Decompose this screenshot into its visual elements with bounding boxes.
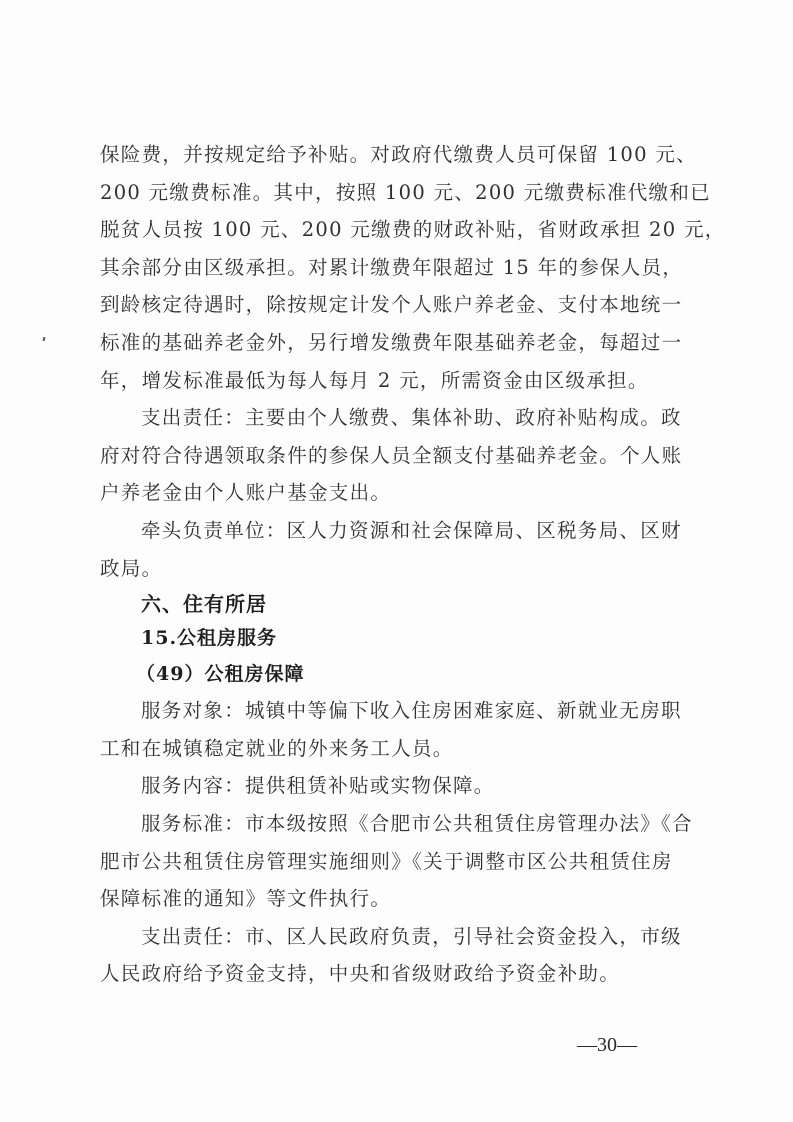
text-line: 服务对象：城镇中等偏下收入住房困难家庭、新就业无房职 bbox=[100, 692, 690, 730]
text-line: 政局。 bbox=[100, 550, 690, 588]
text-line: 牵头负责单位：区人力资源和社会保障局、区税务局、区财 bbox=[100, 512, 690, 550]
text-line: 服务内容：提供租赁补贴或实物保障。 bbox=[100, 767, 690, 805]
paragraph-service-standard: 服务标准：市本级按照《合肥市公共租赁住房管理办法》《合 肥市公共租赁住房管理实施… bbox=[100, 805, 690, 918]
document-page: 保险费，并按规定给予补贴。对政府代缴费人员可保留 100 元、 200 元缴费标… bbox=[0, 0, 793, 1122]
paragraph-service-content: 服务内容：提供租赁补贴或实物保障。 bbox=[100, 767, 690, 805]
paragraph-expenditure-responsibility-housing: 支出责任：市、区人民政府负责，引导社会资金投入，市级 人民政府给予资金支持，中央… bbox=[100, 918, 690, 993]
text-line: 年，增发标准最低为每人每月 2 元，所需资金由区级承担。 bbox=[100, 362, 690, 400]
text-line: 到龄核定待遇时，除按规定计发个人账户养老金、支付本地统一 bbox=[100, 286, 690, 324]
text-line: 标准的基础养老金外，另行增发缴费年限基础养老金，每超过一 bbox=[100, 324, 690, 362]
text-line: 支出责任：主要由个人缴费、集体补助、政府补贴构成。政 bbox=[100, 399, 690, 437]
text-line: 200 元缴费标准。其中，按照 100 元、200 元缴费标准代缴和已 bbox=[100, 174, 690, 212]
text-line: 工和在城镇稳定就业的外来务工人员。 bbox=[100, 730, 690, 768]
text-line: 脱贫人员按 100 元、200 元缴费的财政补贴，省财政承担 20 元， bbox=[100, 211, 690, 249]
text-line: 人民政府给予资金支持，中央和省级财政给予资金补助。 bbox=[100, 955, 690, 993]
subsection-heading: 15.公租房服务 bbox=[100, 621, 690, 656]
text-line: 保险费，并按规定给予补贴。对政府代缴费人员可保留 100 元、 bbox=[100, 136, 690, 174]
section-heading: 六、住有所居 bbox=[100, 587, 690, 621]
paragraph-service-target: 服务对象：城镇中等偏下收入住房困难家庭、新就业无房职 工和在城镇稳定就业的外来务… bbox=[100, 692, 690, 767]
text-line: 其余部分由区级承担。对累计缴费年限超过 15 年的参保人员， bbox=[100, 249, 690, 287]
text-line: 服务标准：市本级按照《合肥市公共租赁住房管理办法》《合 bbox=[100, 805, 690, 843]
text-line: 肥市公共租赁住房管理实施细则》《关于调整市区公共租赁住房 bbox=[100, 843, 690, 881]
paragraph-lead-units: 牵头负责单位：区人力资源和社会保障局、区税务局、区财 政局。 bbox=[100, 512, 690, 587]
paragraph-expenditure-responsibility-pension: 支出责任：主要由个人缴费、集体补助、政府补贴构成。政 府对符合待遇领取条件的参保… bbox=[100, 399, 690, 512]
text-line: 府对符合待遇领取条件的参保人员全额支付基础养老金。个人账 bbox=[100, 437, 690, 475]
scan-mark bbox=[43, 337, 46, 341]
text-line: 支出责任：市、区人民政府负责，引导社会资金投入，市级 bbox=[100, 918, 690, 956]
page-number: —30— bbox=[577, 1034, 637, 1057]
text-line: 户养老金由个人账户基金支出。 bbox=[100, 474, 690, 512]
paragraph-pension-subsidy: 保险费，并按规定给予补贴。对政府代缴费人员可保留 100 元、 200 元缴费标… bbox=[100, 136, 690, 399]
item-heading: （49）公租房保障 bbox=[100, 656, 690, 692]
text-line: 保障标准的通知》等文件执行。 bbox=[100, 880, 690, 918]
document-body: 保险费，并按规定给予补贴。对政府代缴费人员可保留 100 元、 200 元缴费标… bbox=[100, 136, 690, 993]
